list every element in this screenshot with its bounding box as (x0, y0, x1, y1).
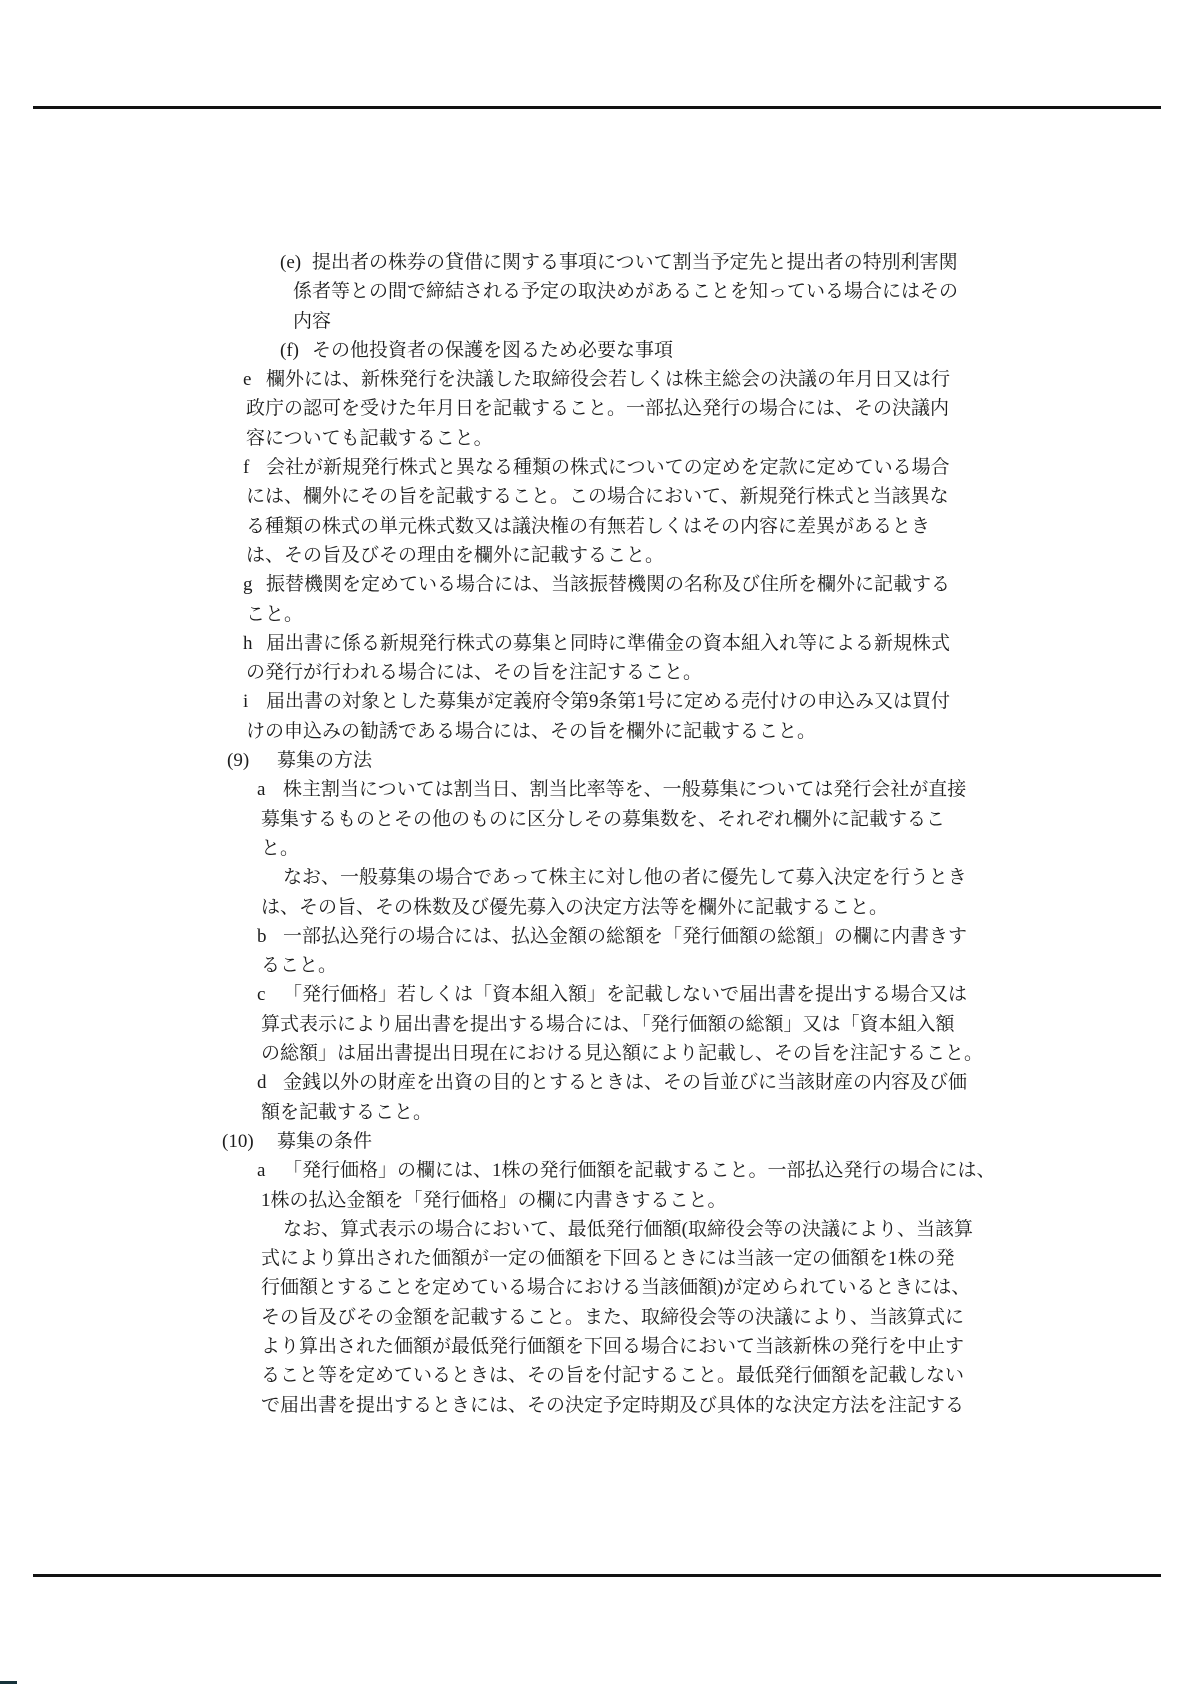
text-line: (9)募集の方法 (0, 746, 1192, 775)
line-text: の総額」は届出書提出日現在における見込額により記載し、その旨を注記すること。 (261, 1043, 983, 1064)
line-text: 算式表示により届出書を提出する場合には、「発行価額の総額」又は「資本組入額 (261, 1014, 955, 1035)
line-text: 政庁の認可を受けた年月日を記載すること。一部払込発行の場合には、その決議内 (246, 398, 949, 419)
line-text: 内容 (293, 311, 331, 332)
line-text: けの申込みの勧誘である場合には、その旨を欄外に記載すること。 (246, 721, 816, 742)
line-text: の発行が行われる場合には、その旨を注記すること。 (246, 662, 702, 683)
line-text: で届出書を提出するときには、その決定予定時期及び具体的な決定方法を注記する (261, 1395, 964, 1416)
line-text: 株主割当については割当日、割当比率等を、一般募集については発行会社が直接 (283, 779, 966, 800)
line-text: 一部払込発行の場合には、払込金額の総額を「発行価額の総額」の欄に内書きす (283, 926, 967, 947)
text-line: 額を記載すること。 (0, 1098, 1192, 1127)
text-line: (f)その他投資者の保護を図るため必要な事項 (0, 336, 1192, 365)
text-line: と。 (0, 834, 1192, 863)
text-line: e欄外には、新株発行を決議した取締役会若しくは株主総会の決議の年月日又は行 (0, 365, 1192, 394)
text-line: 式により算出された価額が一定の価額を下回るときには当該一定の価額を1株の発 (0, 1244, 1192, 1273)
item-marker: i (243, 687, 266, 716)
item-marker: e (243, 365, 266, 394)
line-text: 係者等との間で締結される予定の取決めがあることを知っている場合にはその (293, 281, 958, 302)
line-text: 届出書の対象とした募集が定義府令第9条第1号に定める売付けの申込み又は買付 (266, 691, 950, 712)
line-text: その他投資者の保護を図るため必要な事項 (312, 340, 673, 361)
line-text: 募集するものとその他のものに区分しその募集数を、それぞれ欄外に記載するこ (261, 809, 945, 830)
line-text: は、その旨、その株数及び優先募入の決定方法等を欄外に記載すること。 (261, 897, 888, 918)
text-line: b一部払込発行の場合には、払込金額の総額を「発行価額の総額」の欄に内書きす (0, 922, 1192, 951)
item-marker: b (257, 922, 283, 951)
line-text: 「発行価格」の欄には、1株の発行価額を記載すること。一部払込発行の場合には、 (283, 1160, 996, 1181)
text-line: こと。 (0, 600, 1192, 629)
scan-artifact (0, 1681, 17, 1684)
item-marker: (e) (280, 248, 312, 277)
text-line: a株主割当については割当日、割当比率等を、一般募集については発行会社が直接 (0, 775, 1192, 804)
text-line: 募集するものとその他のものに区分しその募集数を、それぞれ欄外に記載するこ (0, 805, 1192, 834)
line-text: には、欄外にその旨を記載すること。この場合において、新規発行株式と当該異な (246, 486, 949, 507)
line-text: る種類の株式の単元株式数又は議決権の有無若しくはその内容に差異があるとき (246, 516, 930, 537)
line-text: 募集の方法 (277, 750, 372, 771)
line-text: 金銭以外の財産を出資の目的とするときは、その旨並びに当該財産の内容及び価 (283, 1072, 967, 1093)
text-line: (10)募集の条件 (0, 1127, 1192, 1156)
line-text: その旨及びその金額を記載すること。また、取締役会等の決議により、当該算式に (261, 1307, 964, 1328)
text-line: ること。 (0, 951, 1192, 980)
text-line: には、欄外にその旨を記載すること。この場合において、新規発行株式と当該異な (0, 482, 1192, 511)
text-line: 算式表示により届出書を提出する場合には、「発行価額の総額」又は「資本組入額 (0, 1010, 1192, 1039)
text-line: 容についても記載すること。 (0, 424, 1192, 453)
item-marker: a (257, 775, 283, 804)
item-marker: h (243, 629, 266, 658)
text-line: i届出書の対象とした募集が定義府令第9条第1号に定める売付けの申込み又は買付 (0, 687, 1192, 716)
line-text: 「発行価格」若しくは「資本組入額」を記載しないで届出書を提出する場合又は (283, 984, 967, 1005)
text-line: ること等を定めているときは、その旨を付記すること。最低発行価額を記載しない (0, 1361, 1192, 1390)
line-text: ること。 (261, 955, 337, 976)
item-marker: a (257, 1156, 283, 1185)
text-line: a「発行価格」の欄には、1株の発行価額を記載すること。一部払込発行の場合には、 (0, 1156, 1192, 1185)
text-line: g振替機関を定めている場合には、当該振替機関の名称及び住所を欄外に記載する (0, 570, 1192, 599)
line-text: 1株の払込金額を「発行価格」の欄に内書きすること。 (261, 1190, 727, 1211)
line-text: 行価額とすることを定めている場合における当該価額)が定められているときには、 (261, 1277, 970, 1298)
line-text: 欄外には、新株発行を決議した取締役会若しくは株主総会の決議の年月日又は行 (266, 369, 950, 390)
text-line: けの申込みの勧誘である場合には、その旨を欄外に記載すること。 (0, 717, 1192, 746)
line-text: 振替機関を定めている場合には、当該振替機関の名称及び住所を欄外に記載する (266, 574, 950, 595)
page-bottom-rule (33, 1574, 1161, 1577)
text-line: 政庁の認可を受けた年月日を記載すること。一部払込発行の場合には、その決議内 (0, 394, 1192, 423)
text-line: は、その旨、その株数及び優先募入の決定方法等を欄外に記載すること。 (0, 893, 1192, 922)
document-text: (e)提出者の株券の貸借に関する事項について割当予定先と提出者の特別利害関係者等… (0, 248, 1192, 1420)
item-marker: (f) (280, 336, 312, 365)
line-text: より算出された価額が最低発行価額を下回る場合において当該新株の発行を中止す (261, 1336, 964, 1357)
text-line: c「発行価格」若しくは「資本組入額」を記載しないで届出書を提出する場合又は (0, 980, 1192, 1009)
line-text: 会社が新規発行株式と異なる種類の株式についての定めを定款に定めている場合 (266, 457, 950, 478)
line-text: 額を記載すること。 (261, 1102, 432, 1123)
line-text: は、その旨及びその理由を欄外に記載すること。 (246, 545, 664, 566)
line-text: と。 (261, 838, 299, 859)
text-line: で届出書を提出するときには、その決定予定時期及び具体的な決定方法を注記する (0, 1391, 1192, 1420)
line-text: 提出者の株券の貸借に関する事項について割当予定先と提出者の特別利害関 (312, 252, 958, 273)
text-line: る種類の株式の単元株式数又は議決権の有無若しくはその内容に差異があるとき (0, 512, 1192, 541)
text-line: より算出された価額が最低発行価額を下回る場合において当該新株の発行を中止す (0, 1332, 1192, 1361)
text-line: の発行が行われる場合には、その旨を注記すること。 (0, 658, 1192, 687)
line-text: なお、一般募集の場合であって株主に対し他の者に優先して募入決定を行うとき (283, 867, 967, 888)
text-line: 内容 (0, 307, 1192, 336)
item-marker: (9) (227, 746, 277, 775)
text-line: h届出書に係る新規発行株式の募集と同時に準備金の資本組入れ等による新規株式 (0, 629, 1192, 658)
text-line: 係者等との間で締結される予定の取決めがあることを知っている場合にはその (0, 277, 1192, 306)
line-text: 届出書に係る新規発行株式の募集と同時に準備金の資本組入れ等による新規株式 (266, 633, 950, 654)
item-marker: g (243, 570, 266, 599)
line-text: ること等を定めているときは、その旨を付記すること。最低発行価額を記載しない (261, 1365, 964, 1386)
item-marker: f (243, 453, 266, 482)
line-text: 容についても記載すること。 (246, 428, 493, 449)
text-line: の総額」は届出書提出日現在における見込額により記載し、その旨を注記すること。 (0, 1039, 1192, 1068)
line-text: なお、算式表示の場合において、最低発行価額(取締役会等の決議により、当該算 (283, 1219, 973, 1240)
text-line: f会社が新規発行株式と異なる種類の株式についての定めを定款に定めている場合 (0, 453, 1192, 482)
text-line: その旨及びその金額を記載すること。また、取締役会等の決議により、当該算式に (0, 1303, 1192, 1332)
text-line: なお、算式表示の場合において、最低発行価額(取締役会等の決議により、当該算 (0, 1215, 1192, 1244)
text-line: は、その旨及びその理由を欄外に記載すること。 (0, 541, 1192, 570)
text-line: なお、一般募集の場合であって株主に対し他の者に優先して募入決定を行うとき (0, 863, 1192, 892)
line-text: 式により算出された価額が一定の価額を下回るときには当該一定の価額を1株の発 (261, 1248, 955, 1269)
line-text: こと。 (246, 604, 303, 625)
page-top-rule (33, 106, 1161, 109)
text-line: (e)提出者の株券の貸借に関する事項について割当予定先と提出者の特別利害関 (0, 248, 1192, 277)
text-line: d金銭以外の財産を出資の目的とするときは、その旨並びに当該財産の内容及び価 (0, 1068, 1192, 1097)
item-marker: c (257, 980, 283, 1009)
item-marker: d (257, 1068, 283, 1097)
document-page: (e)提出者の株券の貸借に関する事項について割当予定先と提出者の特別利害関係者等… (0, 0, 1192, 1685)
text-line: 1株の払込金額を「発行価格」の欄に内書きすること。 (0, 1186, 1192, 1215)
line-text: 募集の条件 (277, 1131, 372, 1152)
text-line: 行価額とすることを定めている場合における当該価額)が定められているときには、 (0, 1273, 1192, 1302)
item-marker: (10) (222, 1127, 277, 1156)
